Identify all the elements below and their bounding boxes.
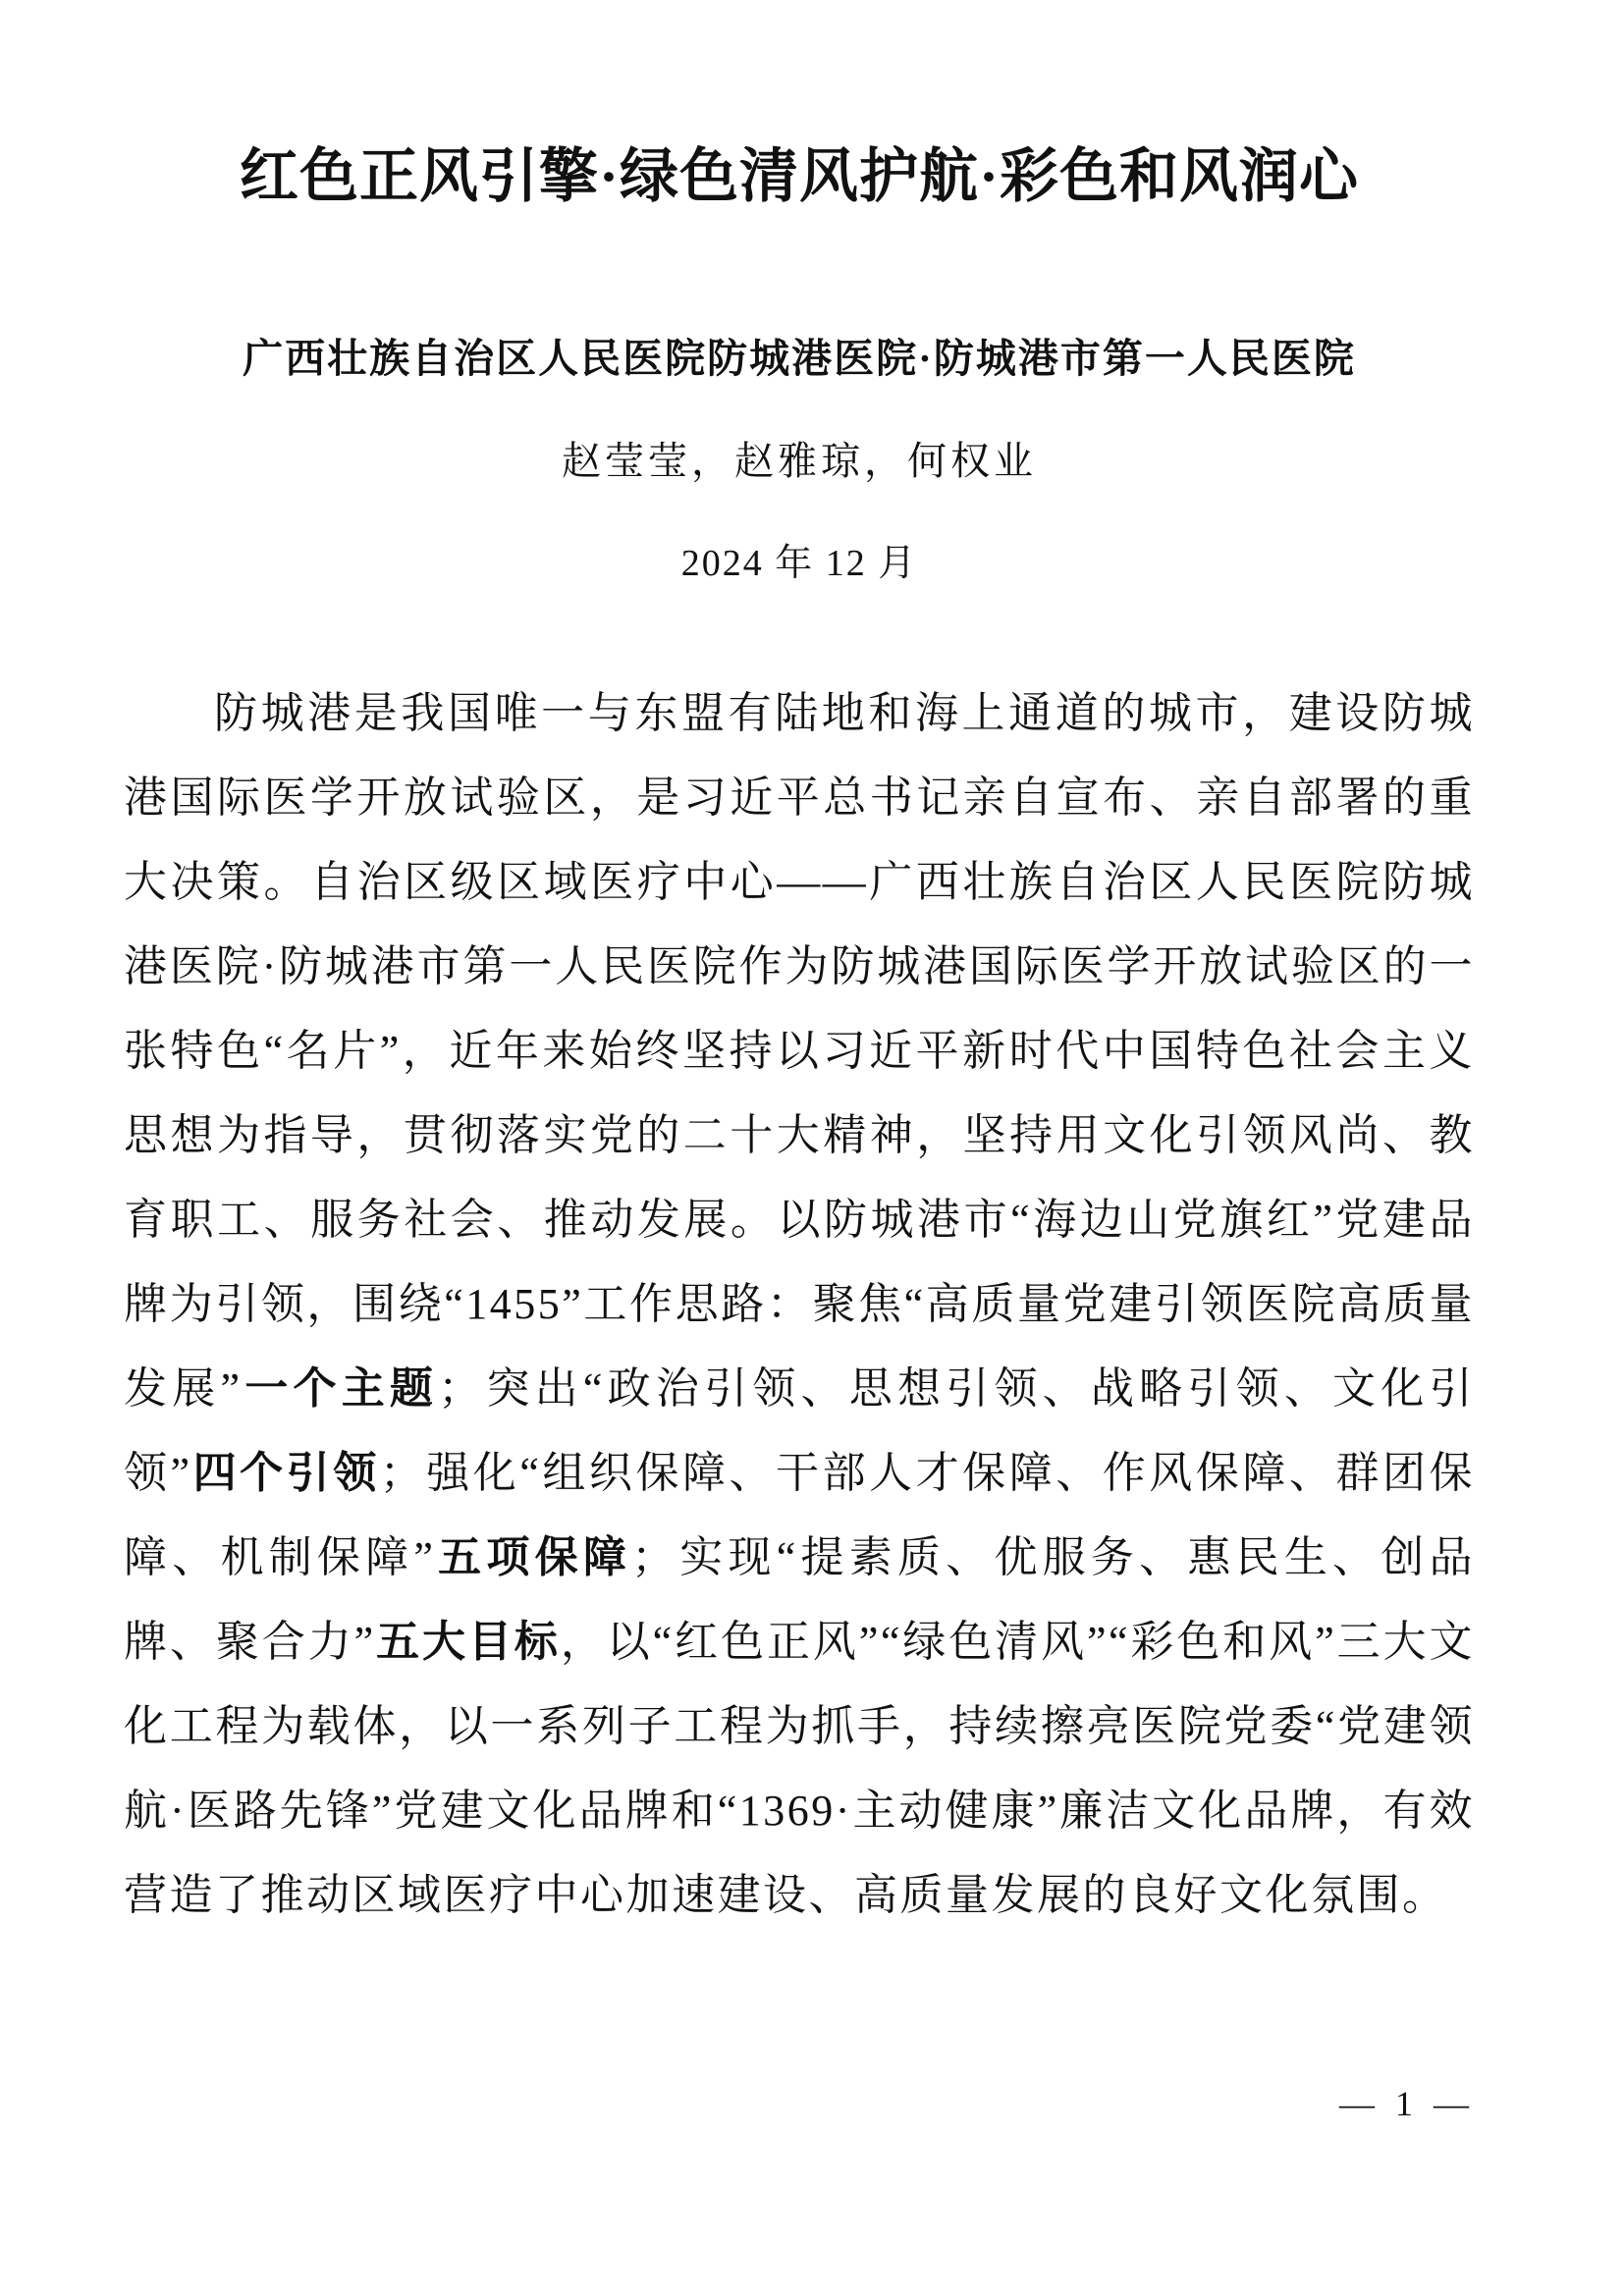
document-body: 防城港是我国唯一与东盟有陆地和海上通道的城市，建设防城港国际医学开放试验区，是习… bbox=[124, 671, 1475, 1938]
document-page: 红色正风引擎·绿色清风护航·彩色和风润心 广西壮族自治区人民医院防城港医院·防城… bbox=[0, 0, 1624, 2296]
document-title: 红色正风引擎·绿色清风护航·彩色和风润心 bbox=[124, 143, 1475, 211]
emphasis-phrase: 一个主题 bbox=[243, 1364, 439, 1413]
document-subtitle-affiliation: 广西壮族自治区人民医院防城港医院·防城港市第一人民医院 bbox=[124, 337, 1475, 381]
authors-line: 赵莹莹，赵雅琼，何权业 bbox=[124, 440, 1475, 483]
emphasis-phrase: 五大目标 bbox=[376, 1618, 561, 1666]
emphasis-phrase: 五项保障 bbox=[435, 1533, 631, 1581]
page-number: — 1 — bbox=[1339, 2083, 1475, 2124]
text-run: 防城港是我国唯一与东盟有陆地和海上通道的城市，建设防城港国际医学开放试验区，是习… bbox=[124, 689, 1475, 1413]
date-line: 2024 年 12 月 bbox=[124, 544, 1475, 585]
emphasis-phrase: 四个引领 bbox=[192, 1449, 380, 1497]
body-paragraph: 防城港是我国唯一与东盟有陆地和海上通道的城市，建设防城港国际医学开放试验区，是习… bbox=[124, 671, 1475, 1938]
